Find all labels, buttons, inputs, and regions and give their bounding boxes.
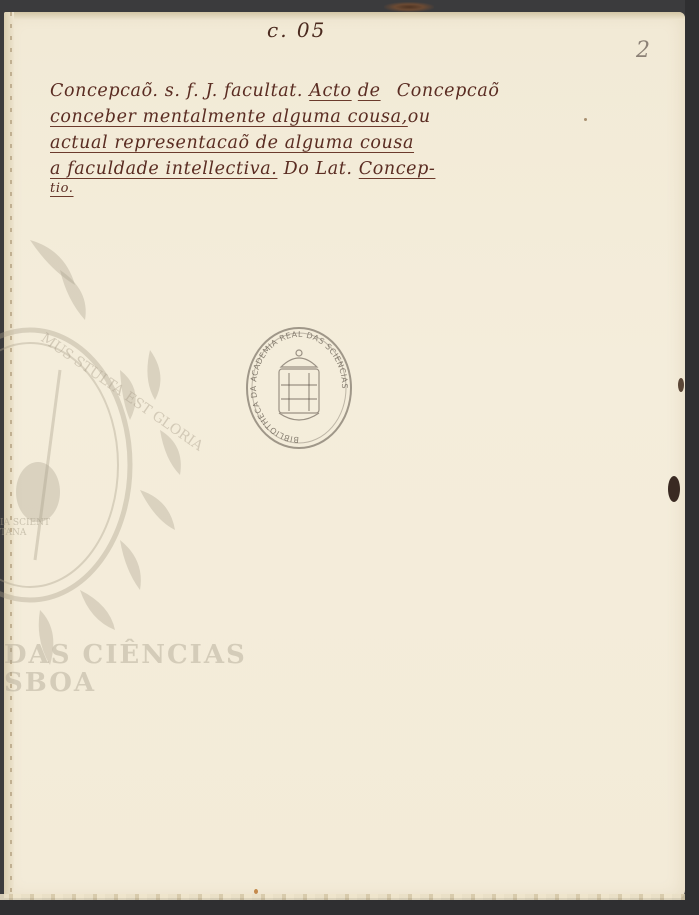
headword: Concepcaõ. s. f. [50, 81, 205, 101]
crowned-shield-icon: BIBLIOTHECA DA ACADEMIA REAL DAS SCIENCI… [248, 329, 350, 447]
entry-line-3: actual representacaõ de alguma cousa [50, 130, 650, 156]
headword-repeat: Concepcaõ [391, 81, 500, 101]
watermark-caption-1: DAS CIÊNCIAS [4, 640, 247, 670]
library-stamp: BIBLIOTHECA DA ACADEMIA REAL DAS SCIENCI… [246, 327, 352, 449]
entry-line-5: tio. [50, 182, 650, 196]
torn-fringe [0, 894, 685, 900]
page-number: 2 [636, 38, 650, 63]
stray-ink-mark [584, 118, 587, 121]
bottom-torn-edge [0, 898, 699, 915]
etymology-word: Concep- [359, 159, 436, 179]
etymology-word-end: tio. [50, 181, 74, 196]
binding-edge [4, 12, 14, 900]
binding-stitch [10, 12, 12, 900]
stain-spot [254, 889, 258, 894]
definition-text: conceber mentalmente alguma cousa, [50, 107, 408, 127]
entry-line-4: a faculdade intellectiva. Do Lat. Concep… [50, 156, 650, 182]
right-border-shadow [685, 0, 699, 915]
page-top-edge [14, 12, 685, 20]
edge-damage-small [678, 378, 684, 392]
ink-blot [384, 2, 434, 12]
definition-text: a faculdade intellectiva. [50, 159, 277, 179]
definition-text: actual representacaõ de alguma cousa [50, 133, 414, 153]
etymology-label: Do Lat. [277, 159, 358, 179]
definition-word: Acto [309, 81, 351, 101]
definition-word: de [358, 81, 381, 101]
folio-header: c. 05 [267, 18, 326, 42]
entry-line-2: conceber mentalmente alguma cousa,ou [50, 104, 650, 130]
dictionary-entry: Concepcaõ. s. f. J. facultat. Acto de Co… [50, 78, 650, 196]
grammar-note: J. facultat. [205, 81, 303, 101]
conjunction: ou [408, 107, 431, 127]
entry-line-1: Concepcaõ. s. f. J. facultat. Acto de Co… [50, 78, 650, 104]
svg-text:BIBLIOTHECA DA ACADEMIA REAL D: BIBLIOTHECA DA ACADEMIA REAL DAS SCIENCI… [249, 330, 349, 444]
edge-damage [668, 476, 680, 502]
watermark-caption-2: SBOA [4, 668, 96, 698]
